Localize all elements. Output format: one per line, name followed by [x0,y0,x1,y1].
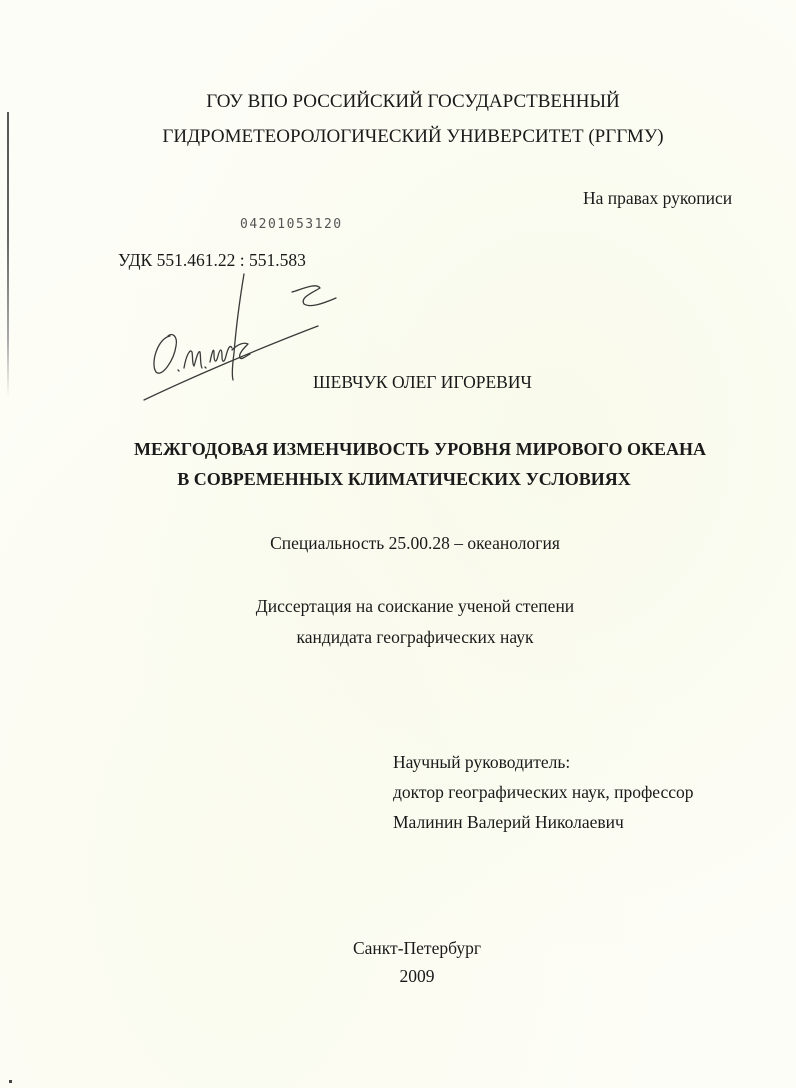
institution-line-2: ГИДРОМЕТЕОРОЛОГИЧЕСКИЙ УНИВЕРСИТЕТ (РГГМ… [30,126,796,148]
author-name: ШЕВЧУК ОЛЕГ ИГОРЕВИЧ [313,372,532,393]
dissertation-title-line-2: В СОВРЕМЕННЫХ КЛИМАТИЧЕСКИХ УСЛОВИЯХ [0,469,796,490]
advisor-degree: доктор географических наук, профессор [393,782,694,803]
dissertation-title-line-1: МЕЖГОДОВАЯ ИЗМЕНЧИВОСТЬ УРОВНЯ МИРОВОГО … [134,439,706,460]
advisor-label: Научный руководитель: [393,752,570,773]
specialty: Специальность 25.00.28 – океанология [0,533,796,554]
scan-artifact-mark [9,1080,12,1083]
advisor-name: Малинин Валерий Николаевич [393,812,624,833]
signature-icon [140,268,340,408]
document-page: ГОУ ВПО РОССИЙСКИЙ ГОСУДАРСТВЕННЫЙ ГИДРО… [0,0,796,1088]
city: Санкт-Петербург [0,938,796,959]
institution-line-1: ГОУ ВПО РОССИЙСКИЙ ГОСУДАРСТВЕННЫЙ [30,91,796,113]
dissertation-degree-line-1: Диссертация на соискание ученой степени [0,596,796,617]
dissertation-degree-line-2: кандидата географических наук [0,627,796,648]
manuscript-rights-note: На правах рукописи [583,188,732,209]
year: 2009 [0,966,796,987]
scan-binding-line [7,112,9,397]
inventory-number: 04201053120 [240,217,343,232]
